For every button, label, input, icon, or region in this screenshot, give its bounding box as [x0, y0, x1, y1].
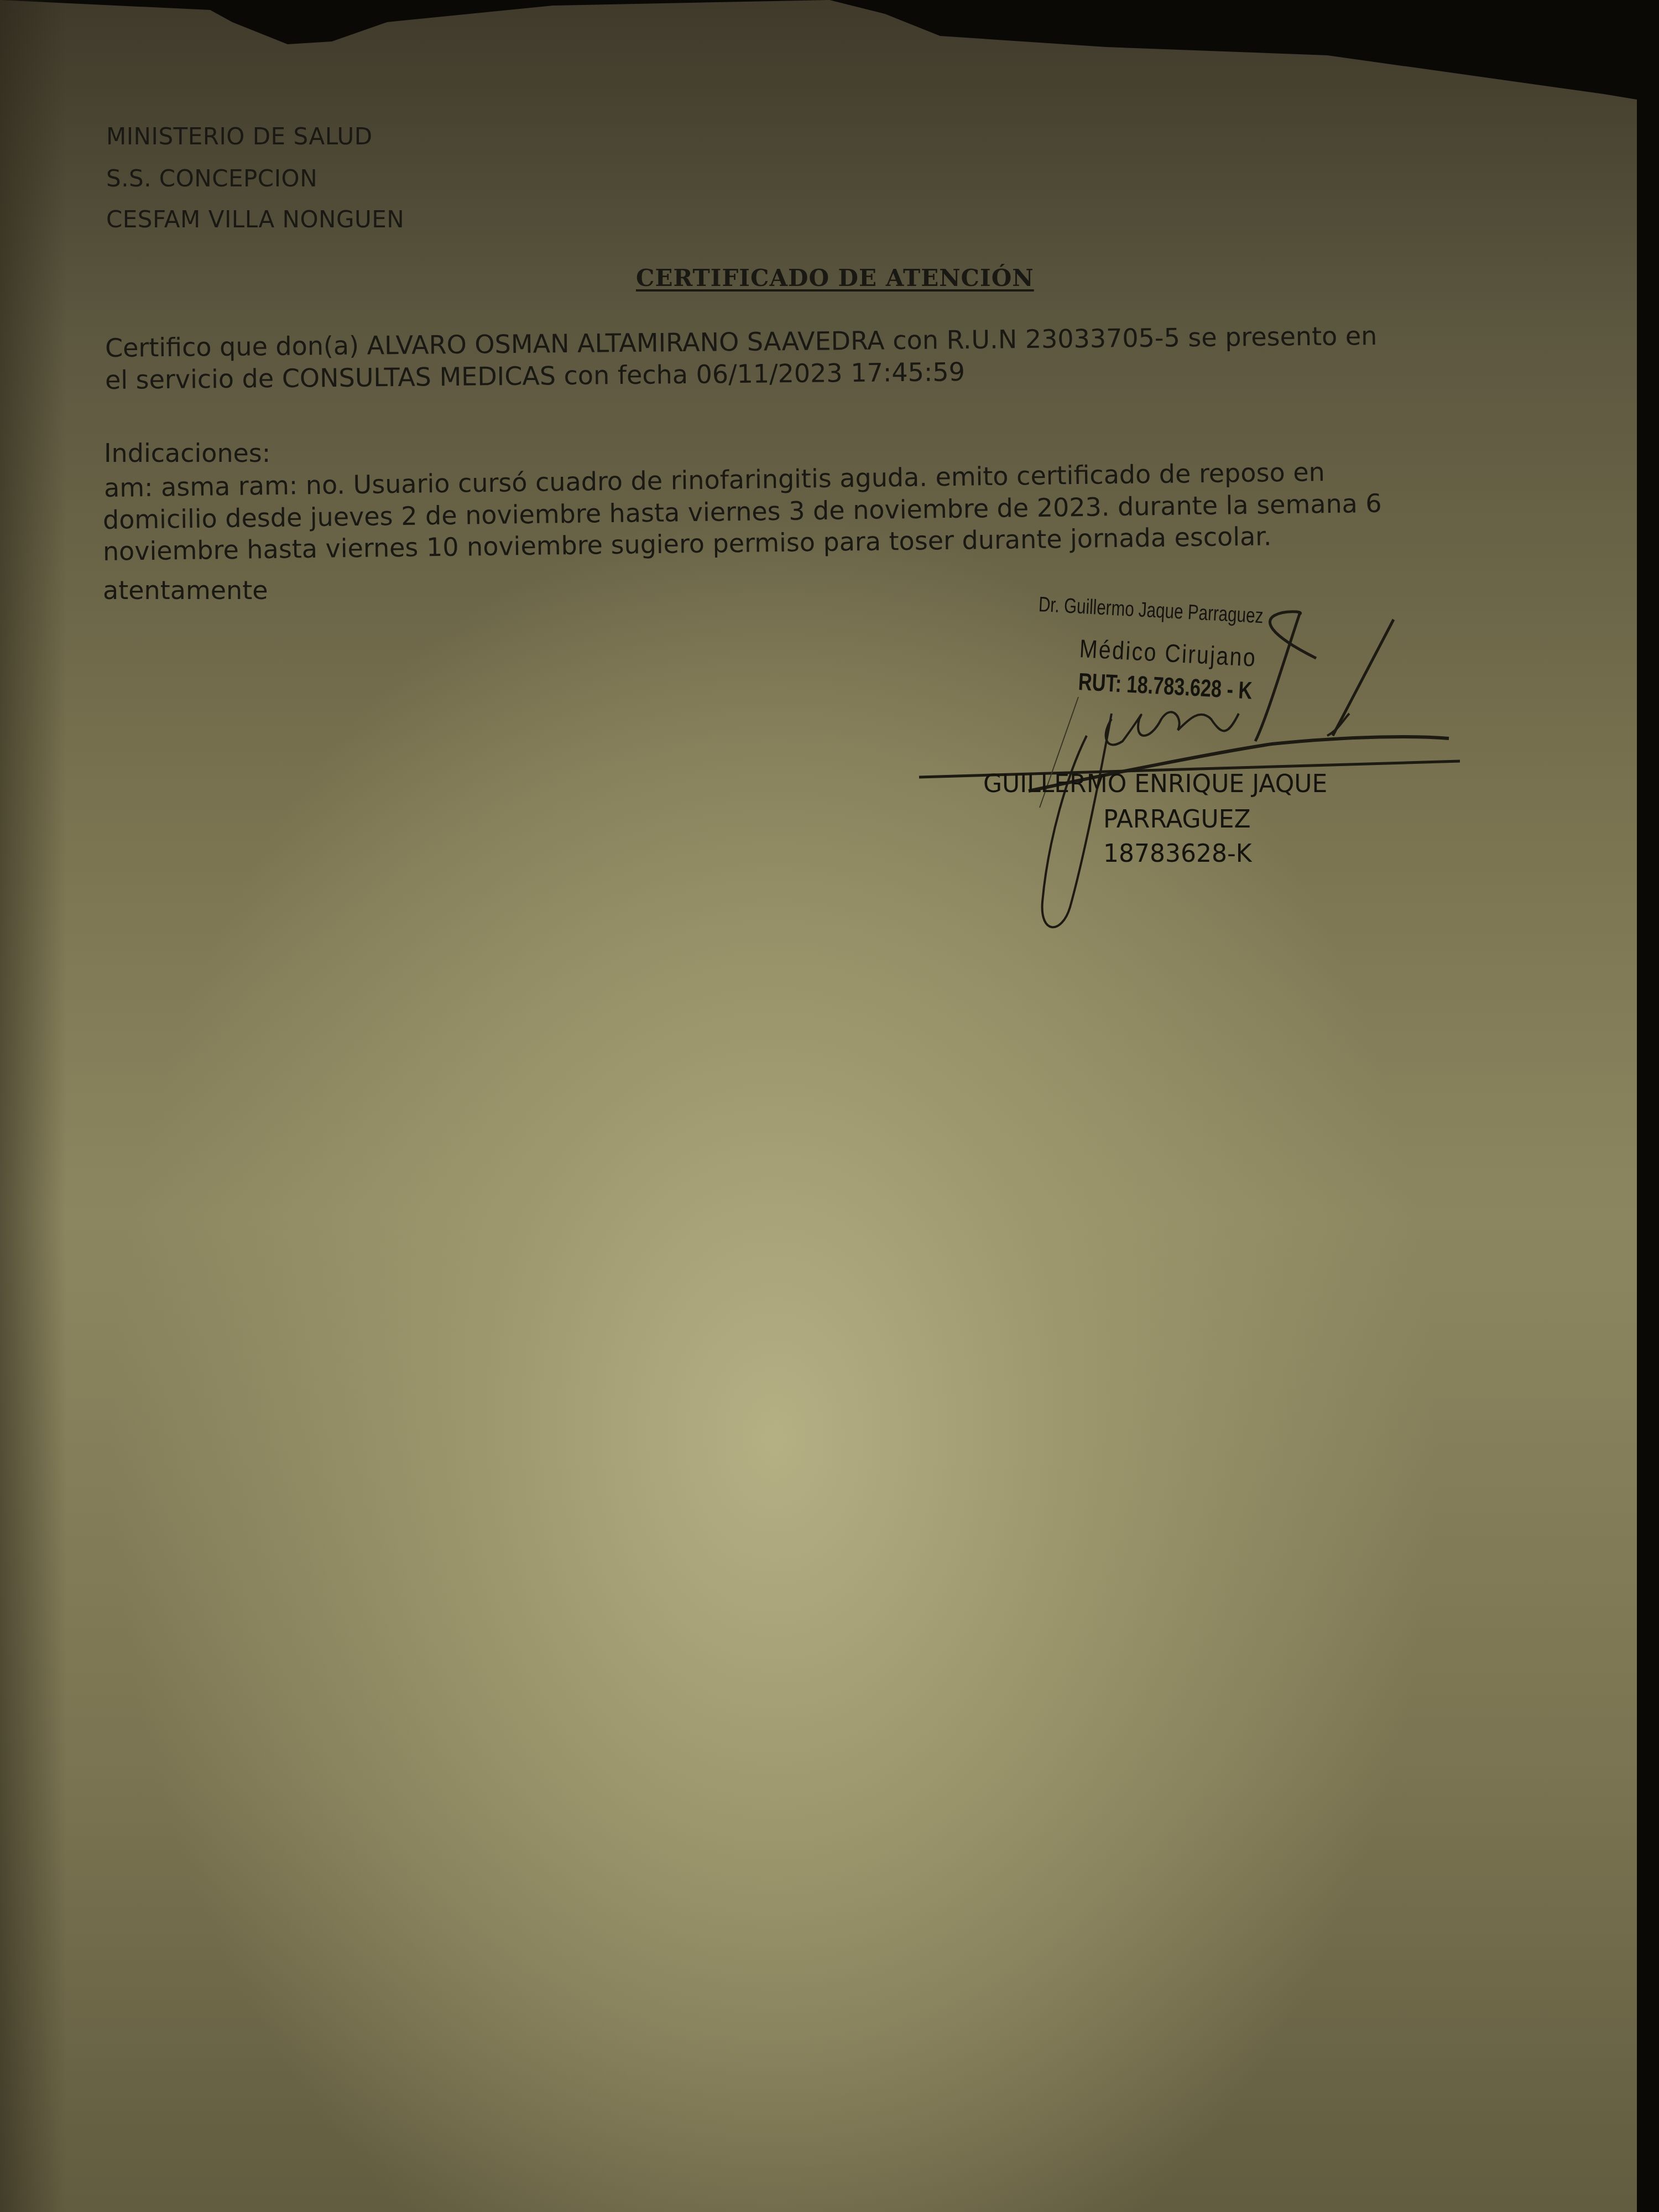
shadow-overlay — [0, 0, 66, 2212]
indicaciones-label: Indicaciones: — [104, 438, 270, 468]
signatory-name-line-2: PARRAGUEZ — [1103, 805, 1251, 834]
signatory-rut: 18783628-K — [1103, 840, 1252, 868]
header-health-service: S.S. CONCEPCION — [106, 165, 317, 192]
header-cesfam: CESFAM VILLA NONGUEN — [106, 206, 404, 233]
document-title: CERTIFICADO DE ATENCIÓN — [636, 264, 1034, 292]
closing-atentamente: atentamente — [103, 575, 268, 605]
dark-background-edge — [1637, 0, 1659, 2212]
header-ministry: MINISTERIO DE SALUD — [106, 123, 373, 150]
signatory-name-line-1: GUILLERMO ENRIQUE JAQUE — [983, 770, 1327, 798]
